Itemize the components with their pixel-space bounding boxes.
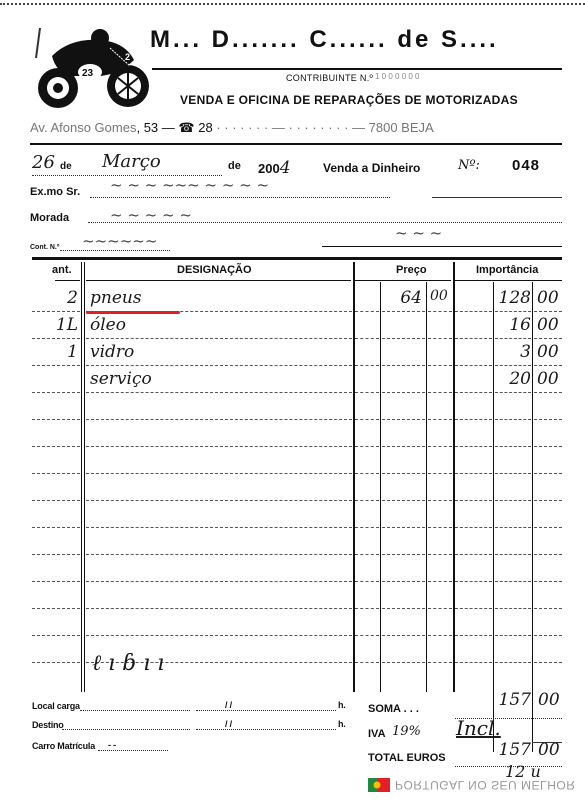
row-line-amount-c (534, 473, 562, 474)
row-line-designation (86, 473, 352, 474)
row-line-price-c (428, 500, 452, 501)
row-line-price-c (428, 419, 452, 420)
svg-text:2: 2 (125, 52, 130, 62)
contribuinte-value: 1 0 0 0 0 0 0 (375, 72, 419, 81)
svg-text:23: 23 (82, 68, 94, 79)
row-line-amount-c (534, 311, 562, 312)
row-designation: serviço (90, 369, 152, 389)
row-line-price-b (382, 608, 425, 609)
row-line-price-a (355, 500, 379, 501)
row-qty: 2 (32, 288, 78, 308)
row-line-price-b (382, 581, 425, 582)
signature-scribble: ℓ ı ɓ ı ı (92, 650, 164, 676)
row-line-price-b (382, 392, 425, 393)
row-line-amount-a (455, 392, 492, 393)
row-line-amount-a (455, 446, 492, 447)
header-designation-underline (86, 280, 351, 281)
subtotal-int: 157 (493, 690, 531, 710)
col-divider-designation (353, 262, 355, 692)
address-street: Av. Afonso Gomes (30, 120, 136, 135)
header-price-underline (355, 280, 451, 281)
row-line-amount-b (495, 635, 531, 636)
row-line-amount-c (534, 527, 562, 528)
row-line-amount-a (455, 500, 492, 501)
row-line-price-c (428, 662, 452, 663)
row-designation: pneus (90, 288, 142, 308)
row-line-qty (32, 446, 80, 447)
row-line-amount-b (495, 392, 531, 393)
row-amount-dec: 00 (537, 342, 559, 362)
company-subtitle: VENDA E OFICINA DE REPARAÇÕES DE MOTORIZ… (180, 93, 518, 107)
number-label: Nº: (458, 158, 480, 173)
taxpayer-label: Cont. N.º (30, 244, 59, 251)
row-line-price-c (428, 554, 452, 555)
row-line-price-b (382, 635, 425, 636)
row-amount-int: 20 (455, 369, 531, 389)
loading-date: / / (225, 700, 232, 710)
row-line-price-a (355, 554, 379, 555)
row-line-qty (32, 635, 80, 636)
loading-hour-suffix: h. (338, 700, 346, 710)
row-line-amount-c (534, 338, 562, 339)
row-line-amount-b (495, 338, 531, 339)
row-line-qty (32, 662, 80, 663)
col-divider-qty (81, 262, 85, 692)
vat-label: IVA (368, 728, 386, 740)
row-line-price-b (382, 554, 425, 555)
vat-rate: 19% (392, 724, 421, 739)
row-line-amount-b (495, 662, 531, 663)
customer-label: Ex.mo Sr. (30, 186, 80, 198)
receipt-number: 048 (512, 157, 540, 174)
header-divider (152, 68, 562, 70)
header-designation: DESIGNAÇÃO (177, 264, 252, 276)
row-line-price-a (355, 635, 379, 636)
row-line-amount-a (455, 608, 492, 609)
contribuinte-label: CONTRIBUINTE N.º (286, 73, 373, 83)
row-line-amount-a (455, 527, 492, 528)
row-line-qty (32, 473, 80, 474)
taxpayer-redacted: ~~~~~~ (82, 232, 157, 250)
row-line-designation (86, 554, 352, 555)
row-line-price-a (355, 581, 379, 582)
row-line-amount-c (534, 419, 562, 420)
row-line-amount-a (455, 419, 492, 420)
row-line-price-a (355, 662, 379, 663)
row-line-qty (32, 581, 80, 582)
header-qty-underline (55, 280, 80, 281)
company-name: M... D....... C...... de S.... (150, 26, 499, 54)
col-divider-price-a (380, 282, 381, 692)
address-label: Morada (30, 212, 69, 224)
loading-date-line (196, 710, 336, 711)
year-prefix: 200 (258, 161, 280, 176)
header-price: Preço (396, 264, 427, 276)
row-line-amount-c (534, 554, 562, 555)
subtotal-dec: 00 (538, 690, 560, 710)
address-rest: · · · · · · · — · · · · · · · · — 7800 B… (216, 120, 433, 135)
customer-name-redacted: ~ ~ ~ ~~~ ~ ~ ~ ~ (110, 176, 269, 194)
phone-prefix: 28 (198, 120, 212, 135)
taxpayer-line-2 (322, 246, 562, 247)
destination-date: / / (225, 719, 232, 729)
row-line-price-a (355, 338, 379, 339)
row-qty: 1L (32, 315, 78, 335)
top-perforation (0, 3, 585, 5)
row-line-qty (32, 419, 80, 420)
customer-dotted-line (90, 197, 390, 198)
row-line-amount-c (534, 365, 562, 366)
row-line-amount-b (495, 581, 531, 582)
row-line-price-b (382, 365, 425, 366)
row-line-amount-b (495, 473, 531, 474)
row-designation: óleo (90, 315, 126, 335)
sale-type: Venda a Dinheiro (323, 161, 420, 175)
row-line-qty (32, 392, 80, 393)
row-line-amount-a (455, 473, 492, 474)
row-line-designation (86, 419, 352, 420)
red-highlight-mark (86, 311, 180, 314)
row-line-amount-b (495, 446, 531, 447)
date-day: 26 (32, 152, 55, 173)
row-designation: vidro (90, 342, 134, 362)
row-line-amount-b (495, 311, 531, 312)
row-line-qty (32, 608, 80, 609)
row-line-amount-c (534, 581, 562, 582)
row-line-designation (86, 338, 352, 339)
row-line-amount-c (534, 635, 562, 636)
row-line-amount-b (495, 527, 531, 528)
vat-value: Incl. (456, 716, 501, 740)
row-line-price-a (355, 473, 379, 474)
plate-separators: - - (108, 740, 116, 750)
company-address: Av. Afonso Gomes, 53 — ☎ 28 · · · · · · … (30, 120, 434, 136)
plate-line (98, 750, 168, 751)
row-line-designation (86, 500, 352, 501)
row-price-dec: 00 (430, 288, 448, 304)
row-line-qty (32, 527, 80, 528)
row-line-designation (86, 392, 352, 393)
row-line-amount-c (534, 446, 562, 447)
phone-icon: ☎ (178, 120, 194, 135)
destination-hour-suffix: h. (338, 719, 346, 729)
row-line-amount-a (455, 311, 492, 312)
row-amount-int: 128 (455, 288, 531, 308)
row-line-designation (86, 608, 352, 609)
row-line-designation (86, 446, 352, 447)
row-line-price-a (355, 392, 379, 393)
row-line-price-b (382, 500, 425, 501)
portugal-flag-icon (368, 778, 390, 792)
row-line-qty (32, 338, 80, 339)
row-line-price-b (382, 338, 425, 339)
col-divider-price-b (426, 282, 427, 692)
year-suffix: 4 (280, 158, 291, 178)
destination-date-line (196, 729, 336, 730)
row-line-qty (32, 311, 80, 312)
row-line-price-a (355, 608, 379, 609)
address-redacted: ~ ~ ~ ~ ~ (110, 206, 192, 224)
subtotal-label: SOMA . . . (368, 703, 419, 715)
plate-label: Carro Matrícula (32, 741, 95, 751)
row-line-amount-b (495, 365, 531, 366)
row-price-int: 64 (382, 288, 422, 308)
row-line-price-b (382, 473, 425, 474)
row-line-amount-b (495, 554, 531, 555)
row-line-amount-c (534, 662, 562, 663)
total-int: 157 (493, 740, 531, 760)
taxpayer-dotted-line (60, 250, 170, 251)
row-line-price-b (382, 446, 425, 447)
row-line-price-a (355, 446, 379, 447)
row-amount-int: 3 (455, 342, 531, 362)
row-line-amount-b (495, 500, 531, 501)
row-line-price-c (428, 635, 452, 636)
total-dec: 00 (538, 740, 560, 760)
row-line-designation (86, 635, 352, 636)
header-bottom-divider (30, 143, 562, 145)
row-line-price-c (428, 365, 452, 366)
date-year: 2004 (258, 158, 291, 178)
row-line-amount-a (455, 554, 492, 555)
row-line-amount-c (534, 392, 562, 393)
row-line-price-c (428, 608, 452, 609)
col-divider-amount-b (532, 282, 533, 752)
row-line-price-c (428, 311, 452, 312)
row-line-price-a (355, 527, 379, 528)
destination-line (62, 729, 190, 730)
row-line-designation (86, 365, 352, 366)
row-line-amount-a (455, 365, 492, 366)
row-line-price-c (428, 473, 452, 474)
row-line-amount-c (534, 500, 562, 501)
row-amount-int: 16 (455, 315, 531, 335)
address-number: , 53 — (136, 120, 174, 135)
watermark-text: PORTUGAL NO SEU MELHOR (395, 778, 575, 792)
row-line-price-a (355, 365, 379, 366)
row-amount-dec: 00 (537, 369, 559, 389)
header-amount-underline (455, 280, 562, 281)
row-line-price-c (428, 527, 452, 528)
row-line-amount-a (455, 635, 492, 636)
destination-label: Destino (32, 720, 64, 730)
date-de-label: de (60, 161, 72, 172)
row-line-amount-a (455, 662, 492, 663)
total-label: TOTAL EUROS (368, 752, 446, 764)
row-line-price-a (355, 311, 379, 312)
row-qty: 1 (32, 342, 78, 362)
row-line-designation (86, 527, 352, 528)
row-line-qty (32, 554, 80, 555)
row-line-amount-b (495, 419, 531, 420)
date-month: Março (102, 151, 161, 172)
row-line-price-c (428, 581, 452, 582)
loading-place-label: Local carga (32, 701, 80, 711)
header-amount: Importância (476, 264, 538, 276)
row-line-qty (32, 365, 80, 366)
row-line-amount-a (455, 338, 492, 339)
row-line-price-c (428, 446, 452, 447)
row-line-price-b (382, 662, 425, 663)
row-line-price-b (382, 527, 425, 528)
loading-place-line (80, 710, 190, 711)
row-amount-dec: 00 (537, 288, 559, 308)
row-line-amount-b (495, 608, 531, 609)
header-qty: ant. (52, 264, 72, 276)
row-line-price-c (428, 338, 452, 339)
row-amount-dec: 00 (537, 315, 559, 335)
motorcycle-logo-icon: 23 2 (30, 26, 155, 111)
date-de-label-2: de (228, 160, 241, 172)
extra-redacted: ~ ~ ~ (395, 224, 442, 242)
row-line-amount-c (534, 608, 562, 609)
row-line-amount-a (455, 581, 492, 582)
row-line-price-b (382, 311, 425, 312)
row-line-price-a (355, 419, 379, 420)
row-line-price-c (428, 392, 452, 393)
row-line-price-b (382, 419, 425, 420)
customer-line-2 (432, 197, 562, 198)
table-top-border (32, 257, 562, 260)
row-line-qty (32, 500, 80, 501)
row-line-designation (86, 581, 352, 582)
